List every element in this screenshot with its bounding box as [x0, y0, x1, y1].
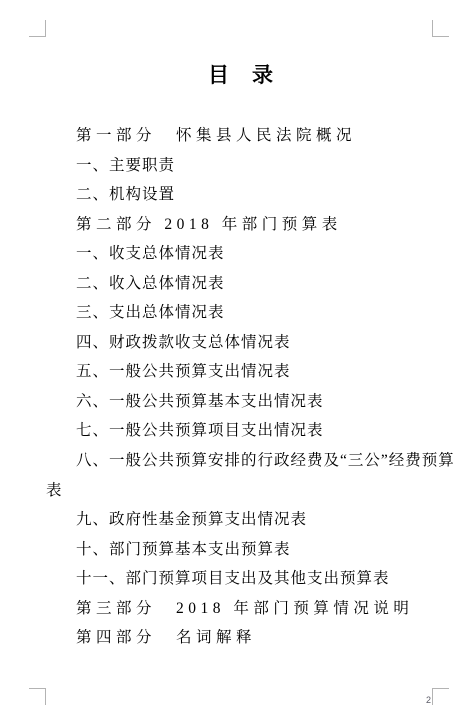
toc-line: 二、收入总体情况表 [46, 269, 436, 299]
margin-crop-mark-top-right [432, 20, 449, 37]
toc-line: 四、财政拨款收支总体情况表 [46, 328, 436, 358]
toc-line: 三、支出总体情况表 [46, 298, 436, 328]
toc-line: 表 [46, 476, 436, 506]
margin-crop-mark-bottom-left [29, 688, 46, 705]
toc-line: 八、一般公共预算安排的行政经费及“三公”经费预算 [46, 446, 436, 476]
toc-line: 第三部分 2018 年部门预算情况说明 [46, 594, 436, 624]
page-title: 目 录 [46, 60, 436, 90]
toc-line: 五、一般公共预算支出情况表 [46, 357, 436, 387]
toc-line: 七、一般公共预算项目支出情况表 [46, 416, 436, 446]
toc-line: 一、主要职责 [46, 151, 436, 181]
toc-line: 六、一般公共预算基本支出情况表 [46, 387, 436, 417]
toc-line: 第二部分 2018 年部门预算表 [46, 210, 436, 240]
toc-line: 第一部分 怀集县人民法院概况 [46, 121, 436, 151]
page-number: 2 [426, 695, 431, 705]
toc-line: 九、政府性基金预算支出情况表 [46, 505, 436, 535]
toc-line: 十、部门预算基本支出预算表 [46, 535, 436, 565]
toc-line: 十一、部门预算项目支出及其他支出预算表 [46, 564, 436, 594]
document-page: 目 录 第一部分 怀集县人民法院概况一、主要职责二、机构设置第二部分 2018 … [0, 0, 458, 726]
margin-crop-mark-bottom-right [432, 688, 449, 705]
table-of-contents: 第一部分 怀集县人民法院概况一、主要职责二、机构设置第二部分 2018 年部门预… [46, 121, 436, 653]
margin-crop-mark-top-left [29, 20, 46, 37]
toc-line: 第四部分 名词解释 [46, 623, 436, 653]
toc-line: 二、机构设置 [46, 180, 436, 210]
toc-line: 一、收支总体情况表 [46, 239, 436, 269]
